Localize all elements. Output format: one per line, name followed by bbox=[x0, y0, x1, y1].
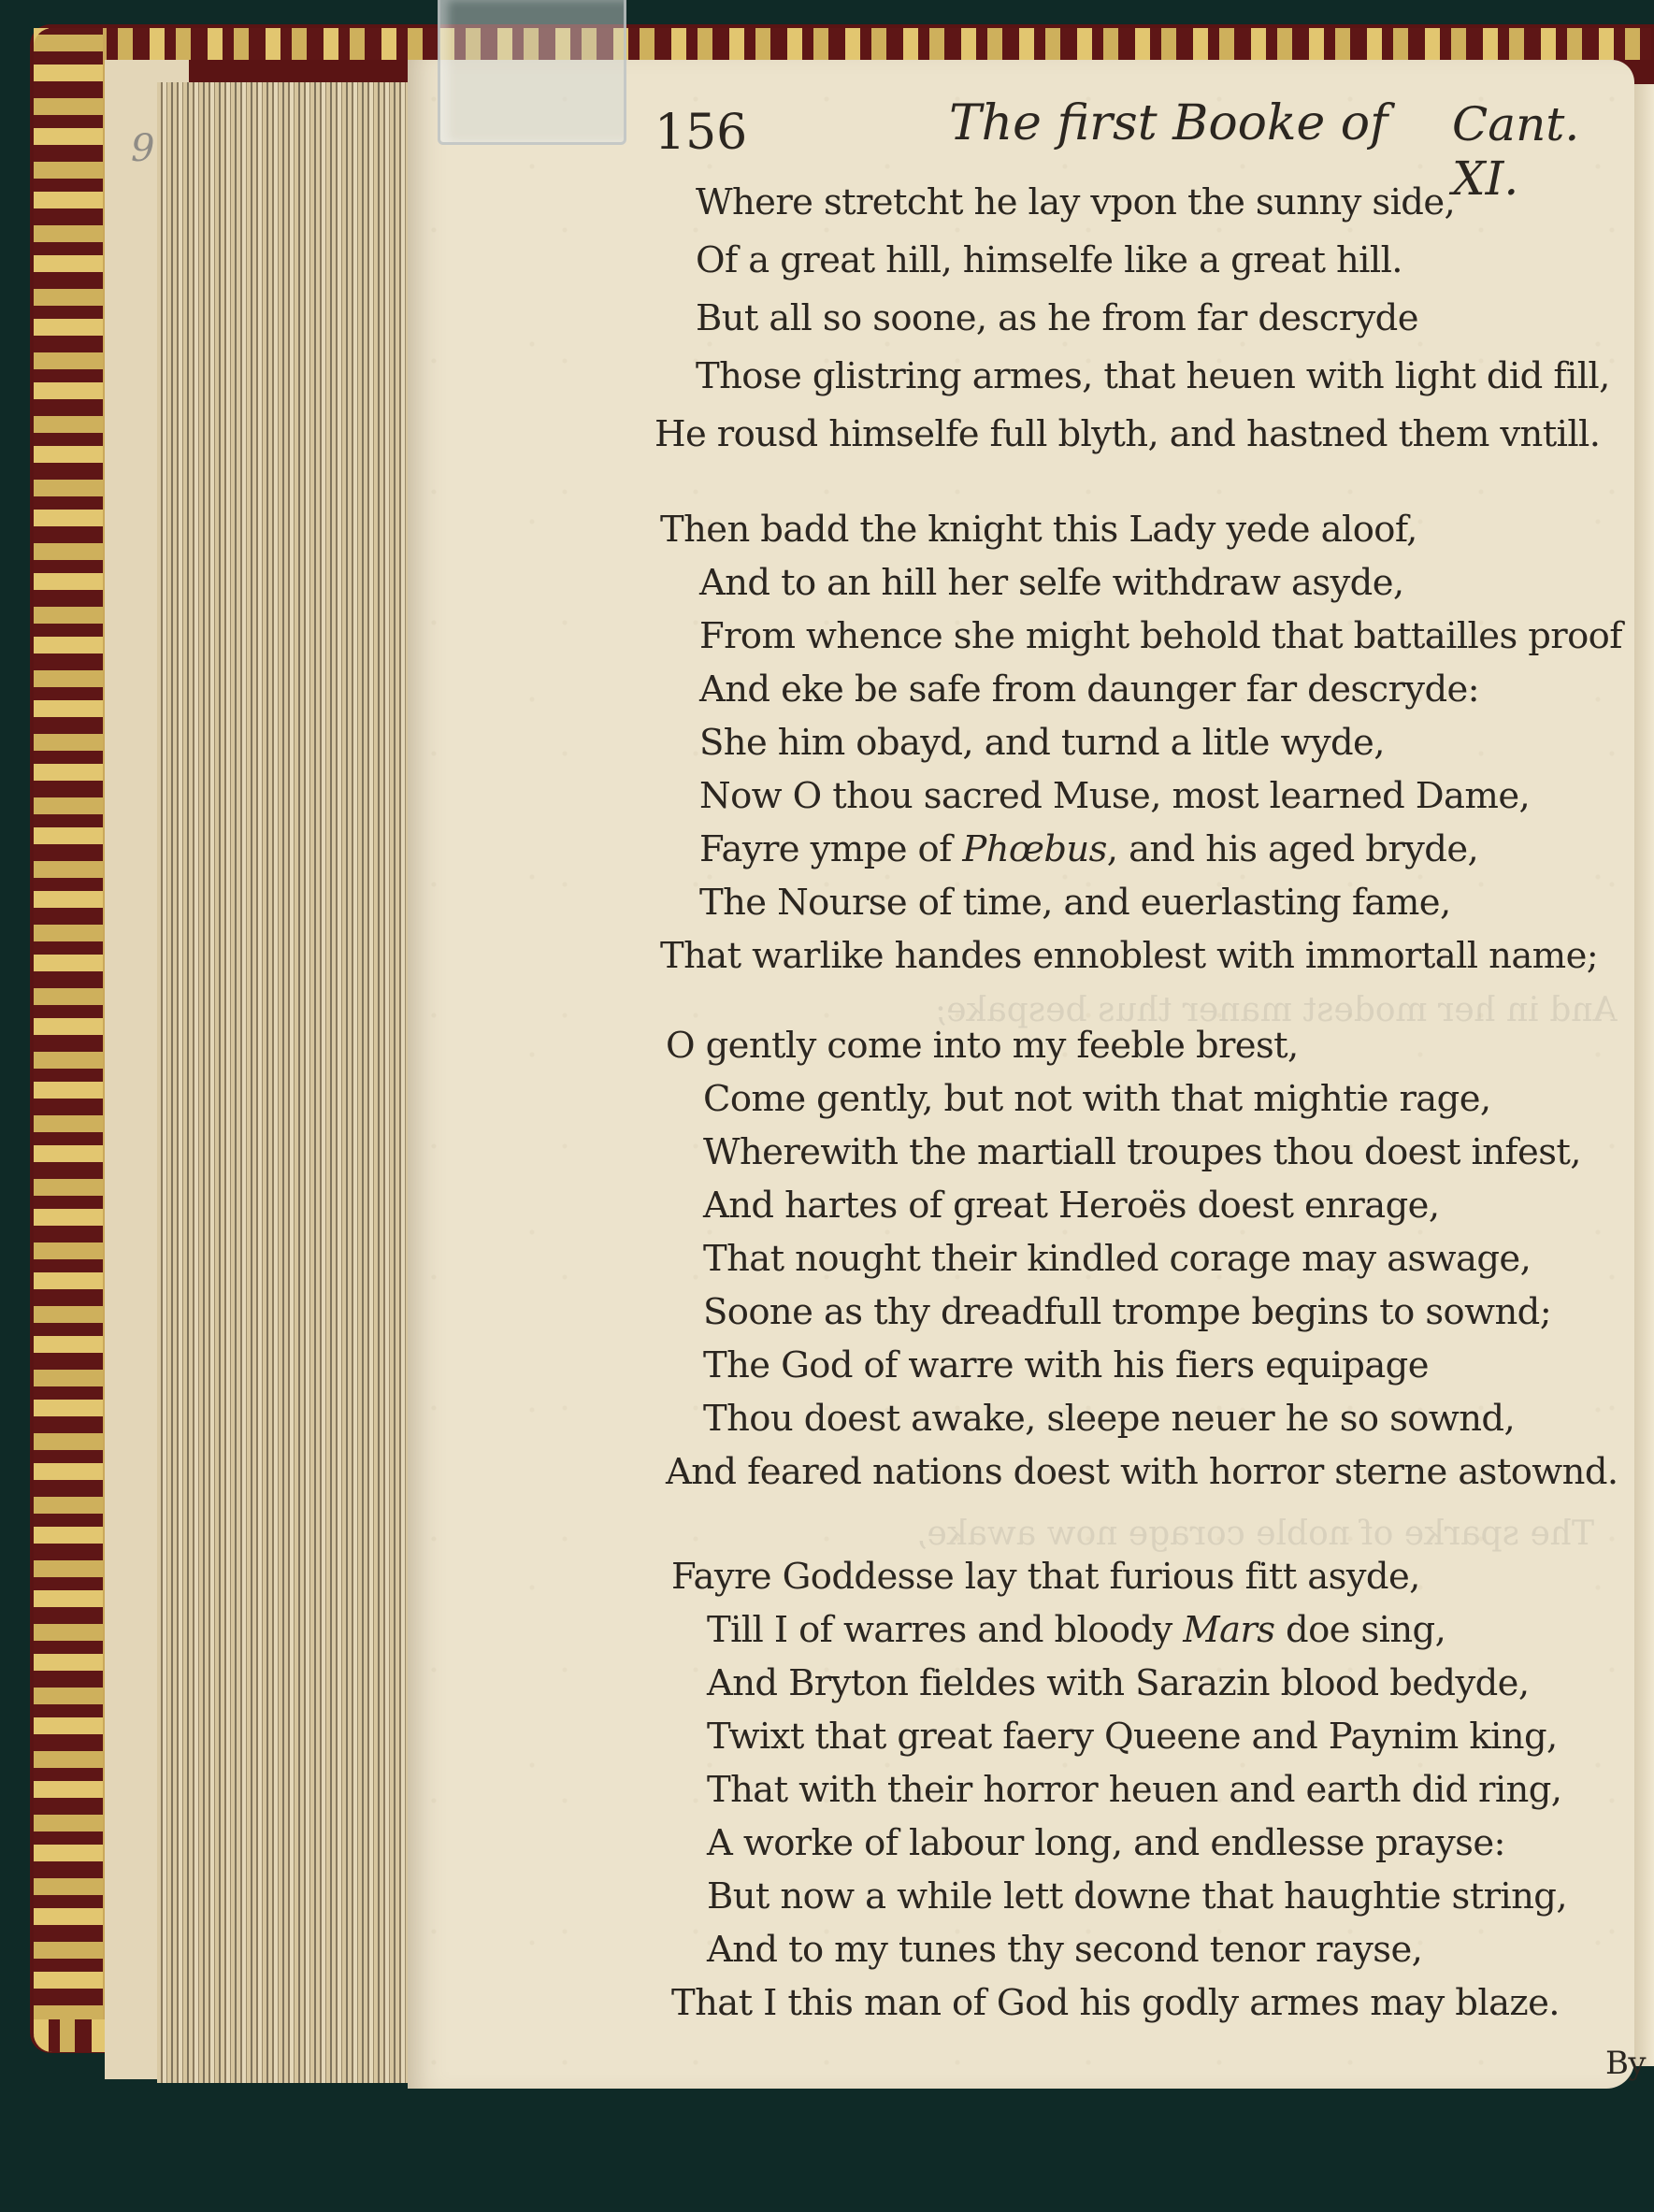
show-through-text: And in her modest maner thus bespake; bbox=[935, 991, 1618, 1029]
verse-line: Where stretcht he lay vpon the sunny sid… bbox=[696, 185, 1455, 222]
verse-line: And hartes of great Heroës doest enrage, bbox=[703, 1188, 1439, 1225]
verse-line: Of a great hill, himselfe like a great h… bbox=[696, 243, 1402, 280]
verse-line: And feared nations doest with horror ste… bbox=[666, 1455, 1618, 1491]
verse-line: And Bryton fieldes with Sarazin blood be… bbox=[707, 1666, 1529, 1702]
verse-line: The God of warre with his fiers equipage bbox=[703, 1348, 1429, 1385]
verse-line: Come gently, but not with that mightie r… bbox=[703, 1082, 1491, 1118]
verse-line: That I this man of God his godly armes m… bbox=[671, 1986, 1560, 2022]
running-title: The first Booke of bbox=[949, 95, 1388, 151]
page-number: 156 bbox=[654, 105, 747, 161]
pencil-margin-note: 9 bbox=[131, 127, 154, 170]
verse-line: But all so soone, as he from far descryd… bbox=[696, 301, 1418, 338]
verse-line: Till I of warres and bloody Mars doe sin… bbox=[707, 1613, 1445, 1649]
verse-line: That with their horror heuen and earth d… bbox=[707, 1773, 1561, 1809]
gilt-border-left bbox=[34, 28, 107, 2052]
verse-line: And eke be safe from daunger far descryd… bbox=[699, 672, 1479, 709]
verse-line: And to an hill her selfe withdraw asyde, bbox=[699, 566, 1404, 602]
verse-line: Soone as thy dreadfull trompe begins to … bbox=[703, 1295, 1551, 1331]
verse-line: Those glistring armes, that heuen with l… bbox=[696, 359, 1610, 395]
verse-line: The Nourse of time, and euerlasting fame… bbox=[699, 885, 1451, 922]
page-curl bbox=[1634, 84, 1654, 2066]
verse-line: Now O thou sacred Muse, most learned Dam… bbox=[699, 779, 1530, 815]
verse-line: Thou doest awake, sleepe neuer he so sow… bbox=[703, 1401, 1515, 1438]
verse-line: Wherewith the martiall troupes thou does… bbox=[703, 1135, 1581, 1171]
italic-name: Phœbus bbox=[962, 828, 1106, 870]
verse-line: But now a while lett downe that haughtie… bbox=[707, 1879, 1567, 1916]
verse-line: O gently come into my feeble brest, bbox=[666, 1028, 1299, 1065]
verse-line: Fayre ympe of Phœbus, and his aged bryde… bbox=[699, 832, 1478, 869]
italic-name: Mars bbox=[1183, 1609, 1274, 1651]
verse-line: Then badd the knight this Lady yede aloo… bbox=[660, 512, 1417, 549]
gilt-border-top bbox=[34, 28, 1651, 60]
canto-label: Cant. XI. bbox=[1452, 97, 1654, 206]
verse-line: He rousd himselfe full blyth, and hastne… bbox=[654, 417, 1600, 453]
catchword: By bbox=[1605, 2047, 1646, 2079]
verse-line: Fayre Goddesse lay that furious fitt asy… bbox=[671, 1559, 1420, 1596]
verse-line: That warlike handes ennoblest with immor… bbox=[660, 939, 1598, 975]
verse-line: And to my tunes thy second tenor rayse, bbox=[707, 1932, 1422, 1969]
verse-line: That nought their kindled corage may asw… bbox=[703, 1242, 1531, 1278]
page-holder-clip bbox=[438, 0, 626, 145]
page-stack-fore-edge bbox=[157, 82, 408, 2083]
verse-line: From whence she might behold that battai… bbox=[699, 619, 1622, 655]
verse-line: Twixt that great faery Queene and Paynim… bbox=[707, 1719, 1558, 1756]
verse-line: She him obayd, and turnd a litle wyde, bbox=[699, 725, 1385, 762]
verse-line: A worke of labour long, and endlesse pra… bbox=[707, 1826, 1505, 1862]
show-through-text: The sparke of noble corage now awake, bbox=[916, 1515, 1594, 1553]
